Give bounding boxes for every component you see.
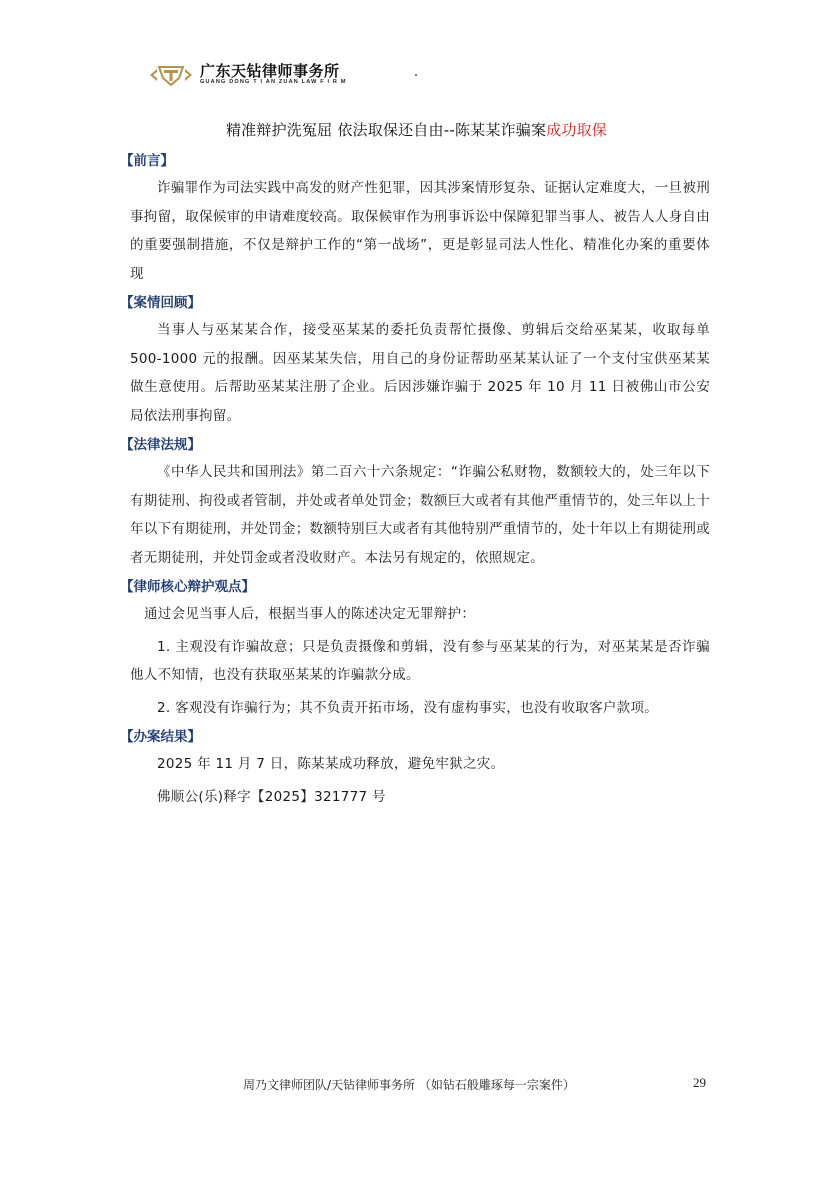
section-case-review: 【案情回顾】 当事人与巫某某合作，接受巫某某的委托负责帮忙摄像、剪辑后交给巫某某… xyxy=(130,292,710,430)
paragraph: 当事人与巫某某合作，接受巫某某的委托负责帮忙摄像、剪辑后交给巫某某，收取每单 5… xyxy=(130,316,710,430)
section-heading: 【办案结果】 xyxy=(120,726,710,748)
defense-intro: 通过会见当事人后，根据当事人的陈述决定无罪辩护： xyxy=(130,600,710,629)
title-main: 精准辩护洗冤屈 依法取保还自由--陈某某诈骗案 xyxy=(226,121,546,139)
release-document-number: 佛顺公(乐)释字【2025】321777 号 xyxy=(130,783,710,812)
firm-logo-icon xyxy=(148,64,194,86)
firm-name-en: GUANG DONG T I AN ZUAN LAW F I R M xyxy=(200,80,347,86)
section-preface: 【前言】 诈骗罪作为司法实践中高发的财产性犯罪，因其涉案情形复杂、证据认定难度大… xyxy=(130,150,710,288)
result-text: 2025 年 11 月 7 日，陈某某成功释放，避免牢狱之灾。 xyxy=(130,750,710,779)
paragraph: 《中华人民共和国刑法》第二百六十六条规定：“诈骗公私财物，数额较大的，处三年以下… xyxy=(130,458,710,572)
section-result: 【办案结果】 2025 年 11 月 7 日，陈某某成功释放，避免牢狱之灾。 佛… xyxy=(130,726,710,811)
letterhead: 广东天钻律师事务所 GUANG DONG T I AN ZUAN LAW F I… xyxy=(148,62,347,88)
paragraph: 诈骗罪作为司法实践中高发的财产性犯罪，因其涉案情形复杂、证据认定难度大，一旦被刑… xyxy=(130,174,710,288)
header-dot xyxy=(415,74,417,76)
firm-name-cn: 广东天钻律师事务所 xyxy=(200,64,347,79)
title-highlight: 成功取保 xyxy=(546,121,607,139)
section-heading: 【律师核心辩护观点】 xyxy=(120,576,710,598)
section-heading: 【法律法规】 xyxy=(120,434,710,456)
section-defense-points: 【律师核心辩护观点】 通过会见当事人后，根据当事人的陈述决定无罪辩护： 1. 主… xyxy=(130,576,710,722)
firm-name: 广东天钻律师事务所 GUANG DONG T I AN ZUAN LAW F I… xyxy=(200,64,347,86)
document-body: 【前言】 诈骗罪作为司法实践中高发的财产性犯罪，因其涉案情形复杂、证据认定难度大… xyxy=(130,150,710,815)
document-title: 精准辩护洗冤屈 依法取保还自由--陈某某诈骗案成功取保 xyxy=(0,119,833,140)
page-number: 29 xyxy=(693,1075,706,1091)
defense-point-1: 1. 主观没有诈骗故意；只是负责摄像和剪辑，没有参与巫某某的行为，对巫某某是否诈… xyxy=(130,633,710,690)
defense-point-2: 2. 客观没有诈骗行为；其不负责开拓市场，没有虚构事实，也没有收取客户款项。 xyxy=(130,694,710,723)
page-footer: 周乃文律师团队/天钻律师事务所 （如钻石般雕琢每一宗案件） xyxy=(243,1076,575,1093)
section-heading: 【前言】 xyxy=(120,150,710,172)
section-heading: 【案情回顾】 xyxy=(120,292,710,314)
section-laws: 【法律法规】 《中华人民共和国刑法》第二百六十六条规定：“诈骗公私财物，数额较大… xyxy=(130,434,710,572)
